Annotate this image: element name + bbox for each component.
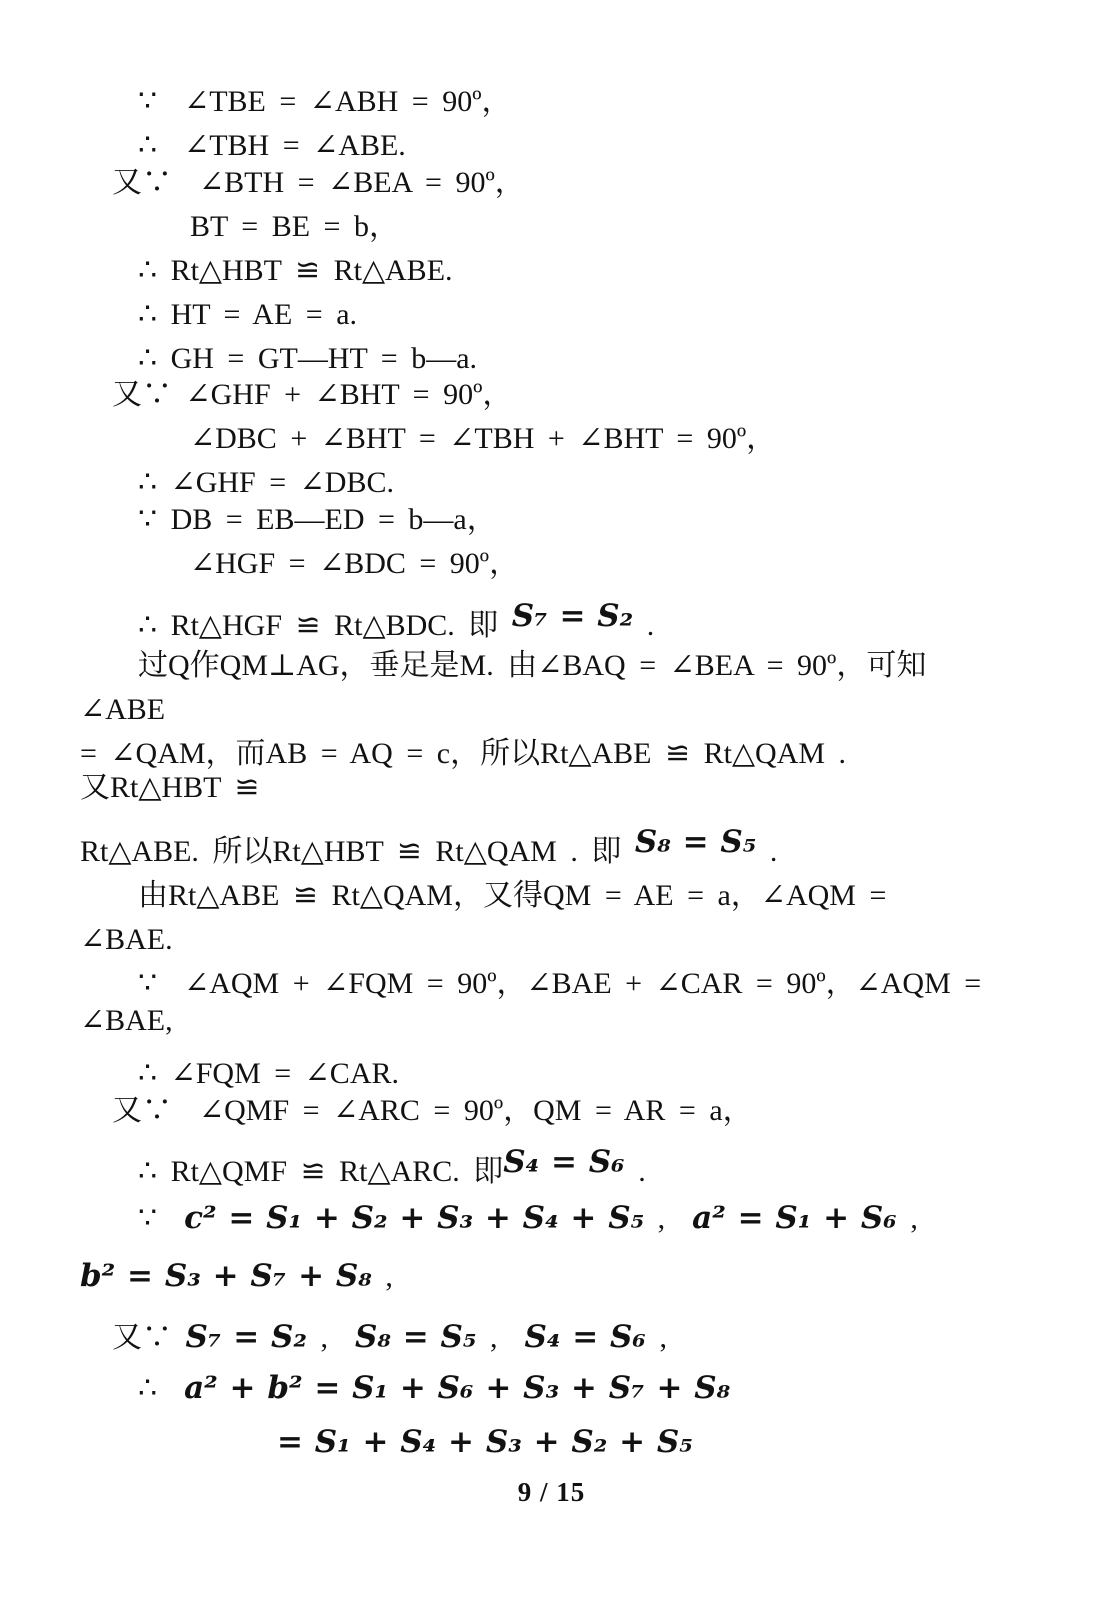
- text-segment: ∠ABE: [80, 693, 165, 726]
- proof-line: 由Rt△ABE ≌ Rt△QAM，又得QM = AE = a，∠AQM =: [138, 874, 1103, 918]
- text-segment: ∴ Rt△HGF ≌ Rt△BDC. 即: [138, 609, 512, 642]
- text-segment: ∠DBC + ∠BHT = ∠TBH + ∠BHT = 90º，: [190, 422, 776, 455]
- formula-segment: S₈ = S₅: [355, 1319, 477, 1355]
- text-segment: ∴ ∠TBH = ∠ABE.: [138, 129, 406, 162]
- formula-segment: S₇ = S₂: [186, 1319, 308, 1355]
- formula-segment: a² + b² = S₁ + S₆ + S₃ + S₇ + S₈: [184, 1370, 730, 1406]
- proof-line: ∴ Rt△HBT ≌ Rt△ABE.: [138, 249, 1103, 293]
- document-page: ∵ ∠TBE = ∠ABH = 90º， ∴ ∠TBH = ∠ABE. 又∵ ∠…: [0, 0, 1103, 1599]
- text-segment: ∴ HT = AE = a.: [138, 298, 357, 331]
- text-segment: ∵ ∠TBE = ∠ABH = 90º，: [138, 85, 512, 118]
- text-segment: 又∵ ∠GHF + ∠BHT = 90º，: [112, 378, 512, 411]
- proof-line: ∴ Rt△QMF ≌ Rt△ARC. 即S₄ = S₆ .: [138, 1149, 1103, 1194]
- text-segment: ∴: [138, 1372, 184, 1405]
- text-segment: ∴ ∠GHF = ∠DBC.: [138, 466, 394, 499]
- text-segment: ,: [477, 1321, 525, 1354]
- text-segment: ∠BAE.: [80, 923, 173, 956]
- proof-line: ∠ABE: [80, 688, 1103, 732]
- text-segment: ,: [307, 1321, 355, 1354]
- text-segment: .: [633, 609, 654, 642]
- proof-line: ∴ a² + b² = S₁ + S₆ + S₃ + S₇ + S₈: [138, 1366, 1103, 1411]
- text-segment: .: [625, 1155, 646, 1188]
- proof-line: BT = BE = b，: [190, 205, 1103, 249]
- text-segment: .: [756, 835, 777, 868]
- proof-line: ∵ ∠AQM + ∠FQM = 90º，∠BAE + ∠CAR = 90º，∠A…: [138, 962, 1103, 1006]
- formula-segment: S₄ = S₆: [525, 1319, 647, 1355]
- proof-line: 过Q作QM⊥AG，垂足是M. 由∠BAQ = ∠BEA = 90º，可知: [138, 644, 1103, 688]
- proof-line: ∵ ∠TBE = ∠ABH = 90º，: [138, 80, 1103, 124]
- formula-segment: S₇ = S₂: [512, 598, 634, 634]
- text-segment: ,: [644, 1202, 692, 1235]
- formula-segment: a² = S₁ + S₆: [692, 1200, 897, 1236]
- proof-line: 又∵ ∠QMF = ∠ARC = 90º，QM = AR = a，: [112, 1089, 1103, 1133]
- proof-line: ∠DBC + ∠BHT = ∠TBH + ∠BHT = 90º，: [190, 417, 1103, 461]
- text-segment: ∴ ∠FQM = ∠CAR.: [138, 1057, 399, 1090]
- text-segment: ∵ DB = EB—ED = b—a，: [138, 503, 497, 536]
- text-segment: ∠HGF = ∠BDC = 90º，: [190, 547, 519, 580]
- text-segment: 由Rt△ABE ≌ Rt△QAM，又得QM = AE = a，∠AQM =: [138, 879, 886, 912]
- text-segment: ,: [646, 1321, 667, 1354]
- text-segment: ∠BAE,: [80, 1004, 173, 1037]
- proof-line: ∵ c² = S₁ + S₂ + S₃ + S₄ + S₅ , a² = S₁ …: [138, 1196, 1103, 1241]
- text-segment: 又Rt△HBT ≌: [80, 771, 260, 804]
- text-segment: 又∵: [112, 1321, 186, 1354]
- formula-segment: S₈ = S₅: [635, 824, 757, 860]
- proof-line: Rt△ABE. 所以Rt△HBT ≌ Rt△QAM . 即 S₈ = S₅ .: [80, 829, 1103, 874]
- formula-segment: b² = S₃ + S₇ + S₈: [80, 1258, 372, 1294]
- proof-line: 又∵ S₇ = S₂ , S₈ = S₅ , S₄ = S₆ ,: [112, 1315, 1103, 1360]
- text-segment: ,: [897, 1202, 918, 1235]
- proof-line: b² = S₃ + S₇ + S₈ ,: [80, 1254, 1103, 1299]
- proof-body: ∵ ∠TBE = ∠ABH = 90º， ∴ ∠TBH = ∠ABE. 又∵ ∠…: [0, 80, 1103, 1465]
- proof-line: ∠BAE.: [80, 918, 1103, 962]
- proof-line: = S₁ + S₄ + S₃ + S₂ + S₅: [277, 1420, 1103, 1465]
- proof-line: 又∵ ∠BTH = ∠BEA = 90º，: [112, 161, 1103, 205]
- proof-line: ∵ DB = EB—ED = b—a，: [138, 498, 1103, 542]
- formula-segment: c² = S₁ + S₂ + S₃ + S₄ + S₅: [184, 1200, 644, 1236]
- text-segment: ∴ Rt△HBT ≌ Rt△ABE.: [138, 254, 453, 287]
- text-segment: 过Q作QM⊥AG，垂足是M. 由∠BAQ = ∠BEA = 90º，可知: [138, 649, 926, 682]
- formula-segment: = S₁ + S₄ + S₃ + S₂ + S₅: [277, 1424, 693, 1460]
- text-segment: Rt△ABE. 所以Rt△HBT ≌ Rt△QAM . 即: [80, 835, 635, 868]
- text-segment: 又∵ ∠BTH = ∠BEA = 90º，: [112, 166, 525, 199]
- text-segment: BT = BE = b，: [190, 210, 399, 243]
- text-segment: ,: [372, 1260, 393, 1293]
- text-segment: ∴ Rt△QMF ≌ Rt△ARC. 即: [138, 1155, 503, 1188]
- proof-line: ∴ Rt△HGF ≌ Rt△BDC. 即 S₇ = S₂ .: [138, 603, 1103, 648]
- proof-line: ∠HGF = ∠BDC = 90º，: [190, 542, 1103, 586]
- text-segment: ∴ GH = GT—HT = b—a.: [138, 342, 477, 375]
- proof-line: 又∵ ∠GHF + ∠BHT = 90º，: [112, 373, 1103, 417]
- text-segment: ∵: [138, 1202, 184, 1235]
- text-segment: 又∵ ∠QMF = ∠ARC = 90º，QM = AR = a，: [112, 1094, 753, 1127]
- formula-segment: S₄ = S₆: [503, 1144, 625, 1180]
- text-segment: ∵ ∠AQM + ∠FQM = 90º，∠BAE + ∠CAR = 90º，∠A…: [138, 967, 981, 1000]
- proof-line: ∴ HT = AE = a.: [138, 293, 1103, 337]
- page-number: 9 / 15: [0, 1477, 1103, 1508]
